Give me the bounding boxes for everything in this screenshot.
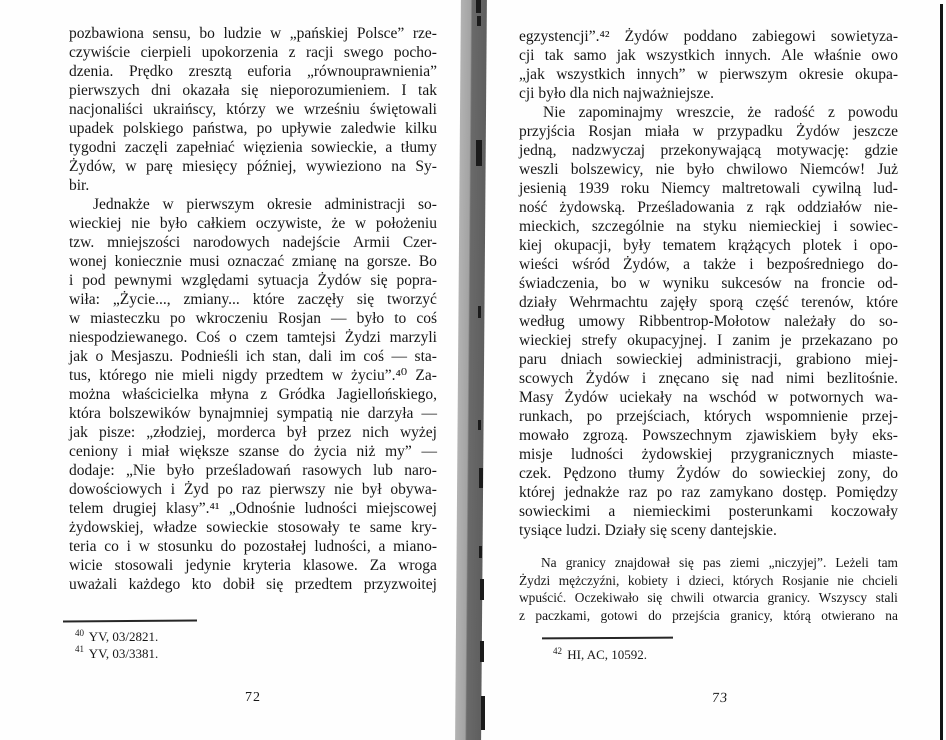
text-line: Żydów,wparęmiesięcypóźniej,wywieziononaS… <box>69 157 437 176</box>
text-line: którejjednakżerazporazzamykanodostęp.Pom… <box>519 483 898 502</box>
text-line: jesienią1939rokuNiemcymaltretowalicywiln… <box>519 179 898 198</box>
text-line: dodaje:„Niebyłoprześladowańrasowychlubna… <box>69 461 437 480</box>
text-line: wmiasteczkupowkroczeniuRosjan—byłotocoś <box>69 309 437 328</box>
text-line: cji było dla nich najważniejsze. <box>519 84 898 103</box>
footnote: 41 YV, 03/3381. <box>75 646 158 663</box>
right-footnote-rule <box>542 637 673 640</box>
left-page-number: 72 <box>69 690 437 706</box>
text-line: misjeludnościżydowskiejprzygranicznychmi… <box>519 445 898 464</box>
text-line: nośćżydowską.Prześladowaniazrąkoddziałów… <box>519 198 898 217</box>
text-line: czek.PędzonotłumyŻydówdosowieckiejzony,d… <box>519 464 898 483</box>
text-line: tus,któregoniemielinigdyprzedtemwżyciu”.… <box>69 366 437 385</box>
right-footnotes: 42 HI, AC, 10592. <box>553 647 647 664</box>
text-line: upadekpolskiegopaństwa,poupływiezaledwie… <box>69 119 437 138</box>
text-line: możnawłaścicielkamłynazGródkaJagiellońsk… <box>69 385 437 404</box>
text-line: scowychŻydówiznęcanosięnadnimibezlitośni… <box>519 369 898 388</box>
text-line: runkach,poprzejściach,którychwspomnienie… <box>519 407 898 426</box>
text-line: wonejkonieczniemusioznaczaćzmianęnagorsz… <box>69 252 437 271</box>
scan-edge-line <box>940 4 943 740</box>
text-line: wieściwśródŻydów,atakżeibezpośredniegodo… <box>519 255 898 274</box>
text-line: Żydzimężczyźni,kobietyidzieci,którychRos… <box>519 572 898 590</box>
text-line: bir. <box>69 176 437 195</box>
left-footnote-rule <box>63 620 197 623</box>
text-line: dzenia.Prędkozresztąeuforia„równouprawni… <box>69 62 437 81</box>
footnote: 40 YV, 03/2821. <box>75 629 158 646</box>
text-line: zpaczkami,gotowidoprzejściagranicy,którą… <box>519 607 898 625</box>
text-line: „jakwszystkichinnych”wpierwszymokresieok… <box>519 65 898 84</box>
text-line: świadczenia,bowwynikusukcesównafroncieod… <box>519 274 898 293</box>
text-line: wiciestosowalijedyniekryteriaklasowe.Zaw… <box>69 556 437 575</box>
left-paragraph-2: Jednakżewpierwszymokresieadministracjiso… <box>69 195 437 594</box>
gutter-mark <box>479 468 483 488</box>
text-line: Niezapominajmywreszcie,żeradośćzpowodu <box>519 103 898 122</box>
text-line: mowałozgrozą.Powszechnymzjawiskiembyłyek… <box>519 426 898 445</box>
text-line: jedną,nadzwyczajprzekonywającąmotywację:… <box>519 141 898 160</box>
gutter-mark <box>476 0 481 13</box>
text-line: MasyŻydówuciekałynawschódwpotwornychwa- <box>519 388 898 407</box>
right-page-number: 73 <box>529 691 911 707</box>
text-line: wpuścić.Oczekiwałosięchwiliotwarciagrani… <box>519 589 898 607</box>
text-line: cjitaksamojakwszystkichinnych.Alewłaśnie… <box>519 46 898 65</box>
text-line: Nagranicyznajdowałsiępasziemi„niczyjej”.… <box>519 554 898 572</box>
right-block-quote: Nagranicyznajdowałsiępasziemi„niczyjej”.… <box>519 554 898 624</box>
text-line: uważalikażdegoktodobiłsięprzedtemprzyzwo… <box>69 575 437 594</box>
gutter-mark <box>478 306 481 318</box>
text-line: sowieckimianiemieckimiposterunkamikoczow… <box>519 502 898 521</box>
gutter-mark <box>480 641 484 662</box>
text-line: przyjściaRosjanmiaławprzypadkuŻydówjeszc… <box>519 122 898 141</box>
text-line: nacjonaliściukraińscy,którzywewrześniuśw… <box>69 100 437 119</box>
left-paragraph-1: pozbawionasensu,boludziew„pańskiejPolsce… <box>69 24 437 195</box>
left-page-body: pozbawionasensu,boludziew„pańskiejPolsce… <box>69 24 437 594</box>
gutter-mark <box>480 579 484 600</box>
text-line: telemdrugiejklasy”.⁴¹„Odnośnieludnościmi… <box>69 499 437 518</box>
text-line: tzw.mniejszościnarodowychnadejścieArmiiC… <box>69 233 437 252</box>
text-line: którabolszewikówbynajmniejsympatiąniedar… <box>69 404 437 423</box>
book-spine-gutter <box>455 0 487 740</box>
right-page-body: egzystencji”.⁴²Żydówpoddanozabiegowisowi… <box>519 27 898 624</box>
text-line: wiła:„Życie...,zmiany...którezaczęłysięt… <box>69 290 437 309</box>
footnote: 42 HI, AC, 10592. <box>553 647 647 664</box>
text-line: teriacoiwstosunkudopozostałejludności,am… <box>69 537 437 556</box>
text-line: tygodnizaczęlizapełniaćwięzieniasowiecki… <box>69 138 437 157</box>
gutter-mark <box>481 696 485 730</box>
text-line: wieckiejstrefyokupacyjnej.Izanimjeprzeka… <box>519 331 898 350</box>
text-line: żydowskiej,władzesowieckiestosowałytesam… <box>69 518 437 537</box>
gutter-mark <box>478 420 481 430</box>
text-line: mieckich,szczególnienastykuniemieckiejis… <box>519 217 898 236</box>
text-line: pierwszychdniokazałasięnieporozumieniem.… <box>69 81 437 100</box>
text-line: pozbawionasensu,boludziew„pańskiejPolsce… <box>69 24 437 43</box>
text-line: jakpisze:„złodziej,mordercabyłprzeznichw… <box>69 423 437 442</box>
gutter-mark <box>479 546 482 558</box>
text-line: jakoMesjaszu.Podnieśliichstan,daliimcoś—… <box>69 347 437 366</box>
right-paragraph-1: egzystencji”.⁴²Żydówpoddanozabiegowisowi… <box>519 27 898 103</box>
text-line: tysiące ludzi. Działy się sceny dantejsk… <box>519 521 898 540</box>
text-line: wedługumowyRibbentrop-Mołotownależałydos… <box>519 312 898 331</box>
right-paragraph-2: Niezapominajmywreszcie,żeradośćzpowodupr… <box>519 103 898 540</box>
text-line: egzystencji”.⁴²Żydówpoddanozabiegowisowi… <box>519 27 898 46</box>
text-line: Jednakżewpierwszymokresieadministracjiso… <box>69 195 437 214</box>
text-line: działyWehrmachtuzajęłysporączęśćterenów,… <box>519 293 898 312</box>
text-line: wieckiejniebyłocałkiemoczywiste,żewpołoż… <box>69 214 437 233</box>
text-line: niespodziewanego.CośoczemtamtejsiŻydzima… <box>69 328 437 347</box>
left-footnotes: 40 YV, 03/2821.41 YV, 03/3381. <box>75 629 158 662</box>
text-line: kiejokupacji,byłytematemkrążącychploteki… <box>519 236 898 255</box>
text-line: cenionyimiałwiększeszansedożycianiżmy”— <box>69 442 437 461</box>
text-line: ipodpewnymiwzględamisytuacjaŻydówsiępopr… <box>69 271 437 290</box>
text-line: czywiściecierpieliupokorzeniazracjiswego… <box>69 43 437 62</box>
text-line: weszlibolszewicy,niebyłochwilowoNiemców!… <box>519 160 898 179</box>
text-line: dowościowychiŻydporazpierwszyniebyłobywa… <box>69 480 437 499</box>
gutter-mark <box>476 140 482 166</box>
book-scan: pozbawionasensu,boludziew„pańskiejPolsce… <box>0 0 946 740</box>
gutter-mark <box>477 16 481 26</box>
text-line: parudniachsowieckiejadministracji,grabio… <box>519 350 898 369</box>
